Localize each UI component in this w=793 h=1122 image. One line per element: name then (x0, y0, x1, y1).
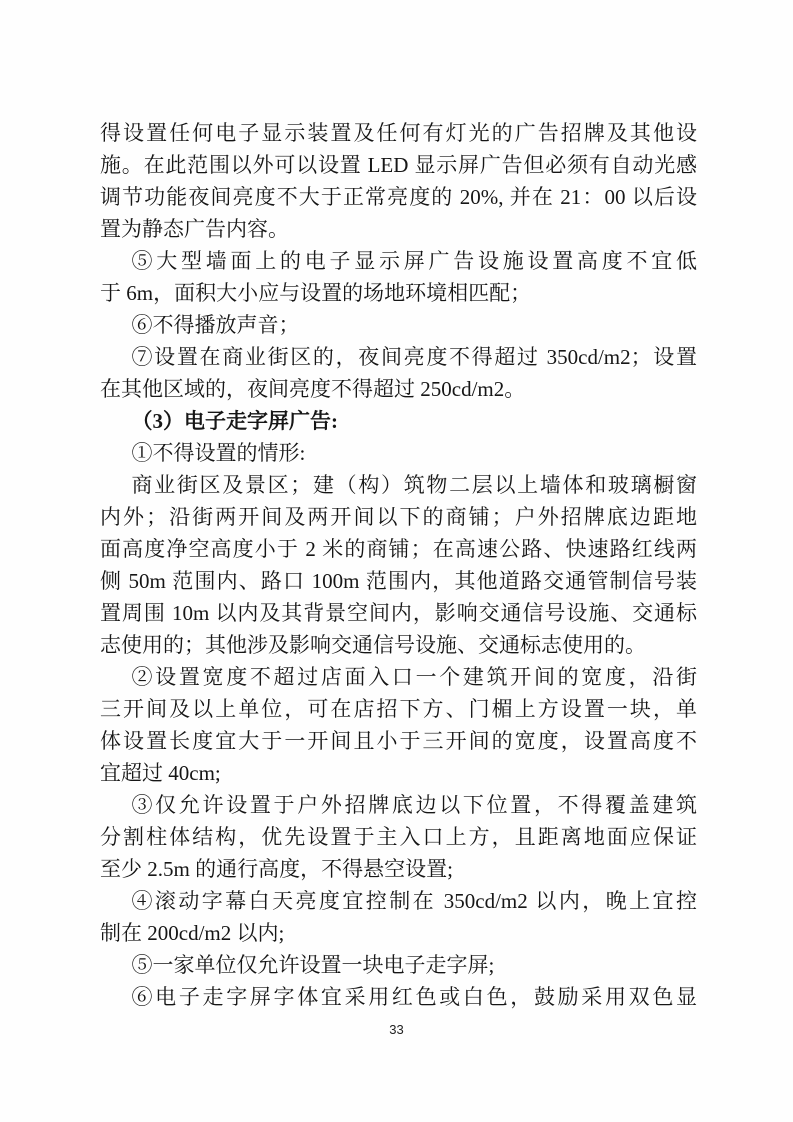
text-line: 内外；沿街两开间及两开间以下的商铺；户外招牌底边距地 (100, 501, 697, 533)
text-line: 商业街区及景区；建（构）筑物二层以上墙体和玻璃橱窗 (100, 469, 697, 501)
text-line: 调节功能夜间亮度不大于正常亮度的 20%, 并在 21：00 以后设 (100, 181, 697, 213)
text-line: ②设置宽度不超过店面入口一个建筑开间的宽度，沿街 (100, 661, 697, 693)
document-page: 得设置任何电子显示装置及任何有灯光的广告招牌及其他设 施。在此范围以外可以设置 … (0, 0, 793, 1122)
section-heading: （3）电子走字屏广告: (100, 405, 697, 437)
page-footer: 33 (0, 1021, 793, 1039)
text-line: 置为静态广告内容。 (100, 213, 697, 245)
text-line: 得设置任何电子显示装置及任何有灯光的广告招牌及其他设 (100, 117, 697, 149)
text-line: 分割柱体结构，优先设置于主入口上方，且距离地面应保证 (100, 821, 697, 853)
text-line: 三开间及以上单位，可在店招下方、门楣上方设置一块，单 (100, 693, 697, 725)
text-line: ⑤一家单位仅允许设置一块电子走字屏; (100, 949, 697, 981)
text-line: 体设置长度宜大于一开间且小于三开间的宽度，设置高度不 (100, 725, 697, 757)
text-line: 施。在此范围以外可以设置 LED 显示屏广告但必须有自动光感 (100, 149, 697, 181)
text-line: ①不得设置的情形: (100, 437, 697, 469)
text-line: 制在 200cd/m2 以内; (100, 917, 697, 949)
text-line: 志使用的；其他涉及影响交通信号设施、交通标志使用的。 (100, 629, 697, 661)
text-line: ⑤大型墙面上的电子显示屏广告设施设置高度不宜低 (100, 245, 697, 277)
text-line: ⑥电子走字屏字体宜采用红色或白色，鼓励采用双色显 (100, 981, 697, 1013)
document-body: 得设置任何电子显示装置及任何有灯光的广告招牌及其他设 施。在此范围以外可以设置 … (100, 117, 697, 1013)
text-line: 侧 50m 范围内、路口 100m 范围内，其他道路交通管制信号装 (100, 565, 697, 597)
text-line: ④滚动字幕白天亮度宜控制在 350cd/m2 以内，晚上宜控 (100, 885, 697, 917)
text-line: 面高度净空高度小于 2 米的商铺；在高速公路、快速路红线两 (100, 533, 697, 565)
text-line: 至少 2.5m 的通行高度，不得悬空设置; (100, 853, 697, 885)
text-line: ⑥不得播放声音； (100, 309, 697, 341)
text-line: 于 6m，面积大小应与设置的场地环境相匹配； (100, 277, 697, 309)
text-line: 在其他区域的，夜间亮度不得超过 250cd/m2。 (100, 373, 697, 405)
text-line: ③仅允许设置于户外招牌底边以下位置，不得覆盖建筑 (100, 789, 697, 821)
text-line: ⑦设置在商业街区的，夜间亮度不得超过 350cd/m2；设置 (100, 341, 697, 373)
page-number: 33 (389, 1022, 403, 1037)
text-line: 宜超过 40cm; (100, 757, 697, 789)
text-line: 置周围 10m 以内及其背景空间内，影响交通信号设施、交通标 (100, 597, 697, 629)
